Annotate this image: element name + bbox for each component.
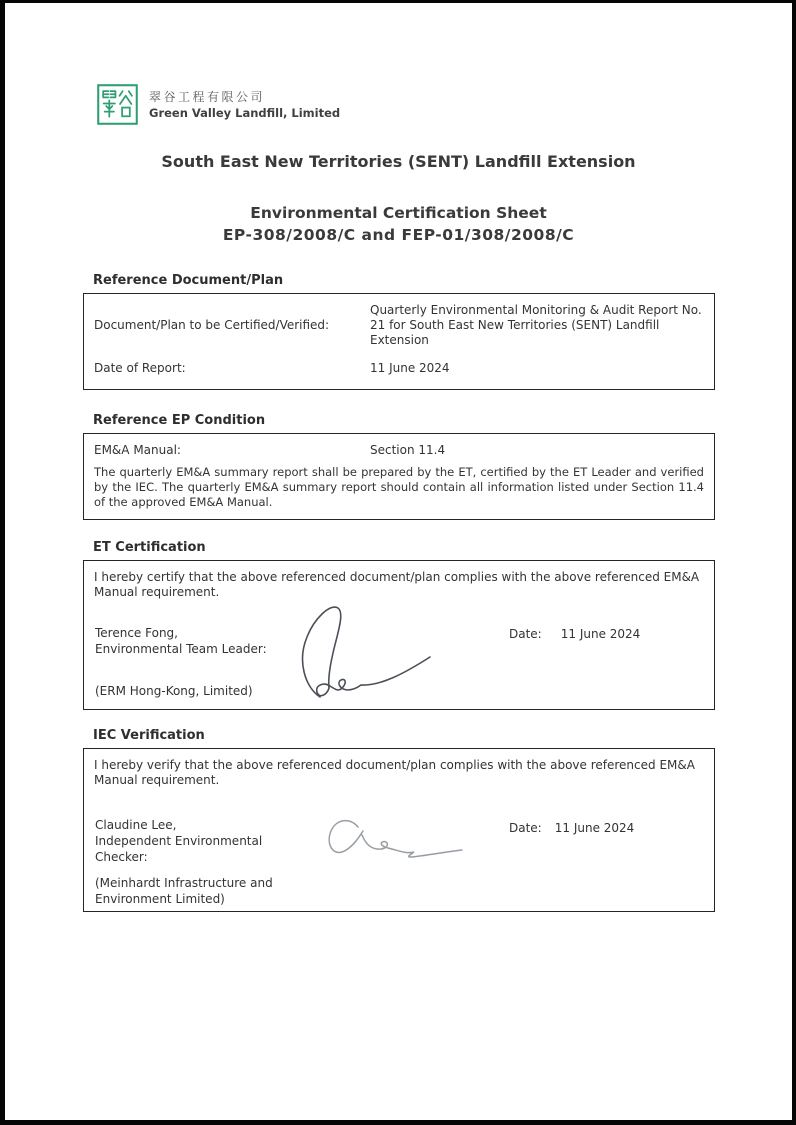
document-title: South East New Territories (SENT) Landfi… — [5, 152, 792, 171]
et-signatory-name: Terence Fong, — [95, 626, 178, 640]
section-heading-reference-ep: Reference EP Condition — [83, 413, 715, 428]
certification-sheet-page: 翠谷 翠谷工程有限公司 Green Valley Landfill, Limit… — [0, 0, 796, 1125]
et-date-value: 11 June 2024 — [561, 627, 641, 641]
et-date-line: Date:11 June 2024 — [509, 627, 640, 642]
section-iec-verification: IEC Verification I hereby verify that th… — [83, 728, 715, 912]
et-signatory-title: Environmental Team Leader: — [95, 642, 267, 656]
table-row: Date of Report: 11 June 2024 — [94, 361, 704, 376]
ema-manual-value: Section 11.4 — [370, 443, 704, 458]
reference-document-box: Document/Plan to be Certified/Verified: … — [83, 293, 715, 390]
et-signatory-company: (ERM Hong-Kong, Limited) — [95, 683, 355, 699]
table-row: Document/Plan to be Certified/Verified: … — [94, 303, 704, 348]
document-plan-value: Quarterly Environmental Monitoring & Aud… — [370, 303, 704, 348]
company-name-chinese: 翠谷工程有限公司 — [149, 90, 340, 104]
section-reference-ep: Reference EP Condition EM&A Manual: Sect… — [83, 413, 715, 520]
section-reference-document: Reference Document/Plan Document/Plan to… — [83, 273, 715, 390]
logo-mark-text: 翠谷 — [138, 84, 139, 85]
section-et-certification: ET Certification I hereby certify that t… — [83, 540, 715, 710]
iec-signature-icon — [312, 811, 472, 875]
iec-date-label: Date: — [509, 821, 542, 835]
iec-date-value: 11 June 2024 — [555, 821, 635, 835]
ep-condition-note: The quarterly EM&A summary report shall … — [94, 465, 704, 510]
document-body: Reference Document/Plan Document/Plan to… — [83, 273, 715, 912]
iec-verification-statement: I hereby verify that the above reference… — [94, 758, 702, 788]
iec-date-line: Date:11 June 2024 — [509, 821, 634, 836]
company-header: 翠谷 翠谷工程有限公司 Green Valley Landfill, Limit… — [97, 84, 792, 125]
reference-ep-box: EM&A Manual: Section 11.4 The quarterly … — [83, 433, 715, 520]
company-name-english: Green Valley Landfill, Limited — [149, 106, 340, 120]
iec-signatory: Claudine Lee, Independent Environmental … — [95, 817, 310, 865]
iec-signatory-company: (Meinhardt Infrastructure and Environmen… — [95, 875, 330, 907]
iec-verification-box: I hereby verify that the above reference… — [83, 748, 715, 912]
iec-signatory-name: Claudine Lee, — [95, 818, 176, 832]
date-of-report-value: 11 June 2024 — [370, 361, 704, 376]
ema-manual-label: EM&A Manual: — [94, 443, 370, 458]
section-heading-et-certification: ET Certification — [83, 540, 715, 555]
et-date-label: Date: — [509, 627, 542, 641]
sheet-title: Environmental Certification Sheet — [5, 204, 792, 222]
section-heading-reference-document: Reference Document/Plan — [83, 273, 715, 288]
document-plan-label: Document/Plan to be Certified/Verified: — [94, 318, 370, 333]
section-heading-iec-verification: IEC Verification — [83, 728, 715, 743]
permit-numbers: EP-308/2008/C and FEP-01/308/2008/C — [5, 226, 792, 244]
iec-signatory-title: Independent Environmental Checker: — [95, 834, 262, 864]
et-certification-box: I hereby certify that the above referenc… — [83, 560, 715, 710]
date-of-report-label: Date of Report: — [94, 361, 370, 376]
green-valley-logo-icon: 翠谷 — [97, 84, 138, 125]
table-row: EM&A Manual: Section 11.4 — [94, 443, 704, 458]
company-names: 翠谷工程有限公司 Green Valley Landfill, Limited — [149, 90, 340, 120]
